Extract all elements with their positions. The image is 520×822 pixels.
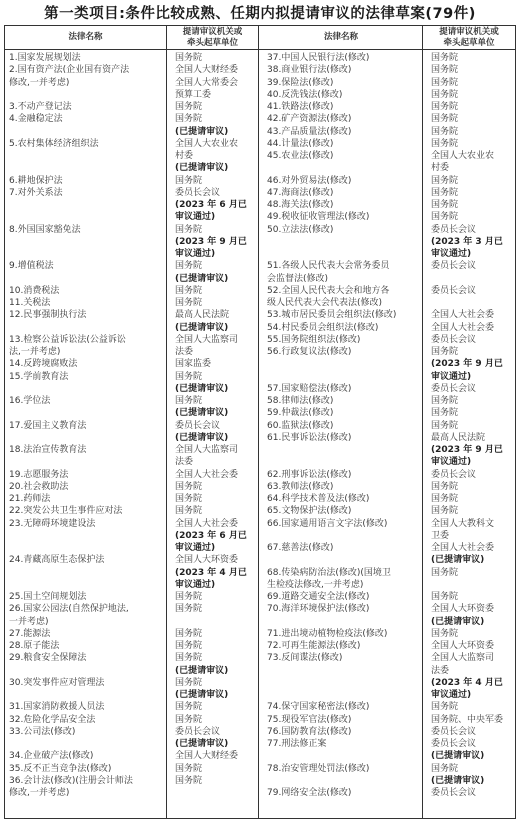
review-status: (2023 年 6 月已 审议通过) <box>175 199 247 224</box>
law-name: 6.耕地保护法 <box>9 175 63 187</box>
drafting-unit: 国务院 <box>431 420 458 432</box>
law-name: 58.律师法(修改) <box>267 395 333 407</box>
drafting-unit: 国务院 <box>431 763 458 775</box>
law-name: 59.仲裁法(修改) <box>267 407 333 419</box>
drafting-unit: 委员长会议 <box>431 334 476 346</box>
law-name: 63.教师法(修改) <box>267 481 333 493</box>
drafting-unit: 国务院 <box>431 505 458 517</box>
law-name: 15.学前教育法 <box>9 371 68 383</box>
drafting-unit: 全国人大农业农 村委 <box>175 138 238 163</box>
drafting-unit: 国务院 <box>175 224 202 236</box>
drafting-unit: 全国人大社会委 <box>175 518 238 530</box>
header-unit-line1: 提请审议机关或 <box>439 27 499 38</box>
law-name: 47.海商法(修改) <box>267 187 333 199</box>
drafting-unit: 最高人民法院 <box>175 309 229 321</box>
drafting-unit: 委员长会议 <box>431 224 476 236</box>
header-unit-right: 提请审议机关或 牵头起草单位 <box>423 26 515 49</box>
review-status: (已提请审议) <box>431 750 484 762</box>
header-unit-line1: 提请审议机关或 <box>183 27 243 38</box>
law-name: 3.不动产登记法 <box>9 101 72 113</box>
page-title: 第一类项目:条件比较成熟、任期内拟提请审议的法律草案(79件) <box>0 2 520 23</box>
law-name: 9.增值税法 <box>9 260 54 272</box>
law-name: 67.慈善法(修改) <box>267 542 333 554</box>
drafting-unit: 全国人大监察司 法委 <box>175 444 238 469</box>
law-name: 41.铁路法(修改) <box>267 101 333 113</box>
law-name: 35.反不正当竞争法(修改) <box>9 763 111 775</box>
law-name: 53.城市居民委员会组织法(修改) <box>267 309 396 321</box>
law-name: 55.国务院组织法(修改) <box>267 334 360 346</box>
drafting-unit: 国务院 <box>431 64 458 76</box>
drafting-unit: 国务院 <box>175 395 202 407</box>
drafting-unit: 国务院 <box>175 481 202 493</box>
law-name: 79.网络安全法(修改) <box>267 787 351 799</box>
review-status: (已提请审议) <box>175 126 228 138</box>
drafting-unit: 国务院 <box>431 591 458 603</box>
law-name: 36.会计法(修改)(注册会计师法 修改,一并考虑) <box>9 775 133 800</box>
law-name: 34.企业破产法(修改) <box>9 750 93 762</box>
review-status: (已提请审议) <box>431 616 484 628</box>
review-status: (已提请审议) <box>431 775 484 787</box>
column-divider <box>166 26 167 818</box>
law-name: 49.税收征收管理法(修改) <box>267 211 369 223</box>
drafting-unit: 全国人大教科文 卫委 <box>431 518 494 543</box>
drafting-unit: 全国人大社会委 <box>431 309 494 321</box>
law-name: 31.国家消防救援人员法 <box>9 701 104 713</box>
law-name: 75.现役军官法(修改) <box>267 714 351 726</box>
review-status: (已提请审议) <box>175 432 228 444</box>
drafting-unit: 国务院 <box>431 187 458 199</box>
drafting-unit: 国务院、中央军委 <box>431 714 503 726</box>
law-name: 33.公司法(修改) <box>9 726 75 738</box>
law-name: 14.反跨境腐败法 <box>9 358 77 370</box>
law-name: 76.国防教育法(修改) <box>267 726 351 738</box>
drafting-unit: 国务院 <box>431 211 458 223</box>
drafting-unit: 国务院 <box>431 175 458 187</box>
drafting-unit: 国务院 <box>175 285 202 297</box>
law-name: 72.可再生能源法(修改) <box>267 640 360 652</box>
drafting-unit: 国务院 <box>175 113 202 125</box>
review-status: (已提请审议) <box>175 273 228 285</box>
law-name: 46.对外贸易法(修改) <box>267 175 351 187</box>
law-name: 30.突发事件应对管理法 <box>9 677 104 689</box>
drafting-unit: 国务院 <box>175 260 202 272</box>
drafting-unit: 最高人民法院 <box>431 432 485 444</box>
review-status: (2023 年 4 月已 审议通过) <box>175 567 247 592</box>
review-status: (已提请审议) <box>431 554 484 566</box>
law-name: 70.海洋环境保护法(修改) <box>267 603 369 615</box>
drafting-unit: 国务院 <box>175 701 202 713</box>
drafting-unit: 委员长会议 <box>431 469 476 481</box>
law-name: 61.民事诉讼法(修改) <box>267 432 351 444</box>
drafting-unit: 委员长会议 <box>175 726 220 738</box>
drafting-unit: 全国人大环资委 <box>175 554 238 566</box>
review-status: (已提请审议) <box>175 738 228 750</box>
drafting-unit: 国务院 <box>431 89 458 101</box>
law-name: 26.国家公园法(自然保护地法, 一并考虑) <box>9 603 129 628</box>
drafting-unit: 国务院 <box>431 113 458 125</box>
drafting-unit: 国务院 <box>431 199 458 211</box>
law-name: 60.监狱法(修改) <box>267 420 333 432</box>
drafting-unit: 国务院 <box>175 371 202 383</box>
law-name: 12.民事强制执行法 <box>9 309 86 321</box>
law-name: 45.农业法(修改) <box>267 150 333 162</box>
law-name: 1.国家发展规划法 <box>9 52 81 64</box>
drafting-unit: 全国人大监察司 法委 <box>175 334 238 359</box>
header-unit-line2: 牵头起草单位 <box>187 38 238 49</box>
drafting-unit: 全国人大财经委 <box>175 750 238 762</box>
drafting-unit: 全国人大环资委 <box>431 640 494 652</box>
law-name: 25.国土空间规划法 <box>9 591 86 603</box>
header-law-name-left: 法律名称 <box>5 26 166 49</box>
law-name: 48.海关法(修改) <box>267 199 333 211</box>
review-status: (已提请审议) <box>175 322 228 334</box>
drafting-unit: 国务院 <box>175 640 202 652</box>
drafting-unit: 国务院 <box>175 175 202 187</box>
drafting-unit: 国务院 <box>175 603 202 615</box>
header-divider <box>5 49 515 50</box>
drafting-unit: 国务院 <box>431 101 458 113</box>
law-name: 74.保守国家秘密法(修改) <box>267 701 369 713</box>
review-status: (已提请审议) <box>175 665 228 677</box>
law-name: 52.全国人民代表大会和地方各 级人民代表大会代表法(修改) <box>267 285 389 310</box>
law-name: 24.青藏高原生态保护法 <box>9 554 104 566</box>
review-status: (2023 年 9 月已 审议通过) <box>431 358 503 383</box>
law-name: 28.原子能法 <box>9 640 59 652</box>
drafting-unit: 国家监委 <box>175 358 211 370</box>
law-name: 77.刑法修正案 <box>267 738 326 750</box>
drafting-unit: 国务院 <box>431 52 458 64</box>
law-name: 23.无障碍环境建设法 <box>9 518 95 530</box>
law-name: 51.各级人民代表大会常务委员 会监督法(修改) <box>267 260 389 285</box>
drafting-unit: 国务院 <box>175 493 202 505</box>
law-name: 4.金融稳定法 <box>9 113 63 125</box>
law-name: 50.立法法(修改) <box>267 224 333 236</box>
drafting-unit: 国务院 <box>175 628 202 640</box>
law-name: 21.药师法 <box>9 493 50 505</box>
law-name: 62.刑事诉讼法(修改) <box>267 469 351 481</box>
review-status: (2023 年 6 月已 审议通过) <box>175 530 247 555</box>
law-name: 56.行政复议法(修改) <box>267 346 351 358</box>
drafting-unit: 国务院 <box>431 407 458 419</box>
law-name: 8.外国国家豁免法 <box>9 224 81 236</box>
law-name: 16.学位法 <box>9 395 50 407</box>
law-name: 7.对外关系法 <box>9 187 63 199</box>
drafting-unit: 委员长会议 <box>431 383 476 395</box>
law-name: 57.国家赔偿法(修改) <box>267 383 351 395</box>
law-name: 10.消费税法 <box>9 285 59 297</box>
law-name: 32.危险化学品安全法 <box>9 714 95 726</box>
header-unit-line2: 牵头起草单位 <box>443 38 494 49</box>
drafting-unit: 国务院 <box>175 52 202 64</box>
drafting-unit: 委员长会议 <box>175 187 220 199</box>
law-name: 20.社会救助法 <box>9 481 68 493</box>
review-status: (2023 年 9 月已 审议通过) <box>431 444 503 469</box>
drafting-unit: 委员长会议 <box>431 260 476 272</box>
drafting-unit: 国务院 <box>431 481 458 493</box>
law-name: 40.反洗钱法(修改) <box>267 89 342 101</box>
drafting-unit: 全国人大社会委 <box>175 469 238 481</box>
law-name: 39.保险法(修改) <box>267 77 333 89</box>
law-name: 68.传染病防治法(修改)(国境卫 生检疫法修改,一并考虑) <box>267 567 391 592</box>
law-name: 37.中国人民银行法(修改) <box>267 52 369 64</box>
law-name: 27.能源法 <box>9 628 50 640</box>
law-name: 64.科学技术普及法(修改) <box>267 493 369 505</box>
drafting-unit: 国务院 <box>431 493 458 505</box>
law-name: 2.国有资产法(企业国有资产法 修改,一并考虑) <box>9 64 129 89</box>
drafting-unit: 全国人大财经委 全国人大常委会 预算工委 <box>175 64 238 101</box>
law-name: 44.计量法(修改) <box>267 138 333 150</box>
drafting-unit: 全国人大农业农 村委 <box>431 150 494 175</box>
header-unit-left: 提请审议机关或 牵头起草单位 <box>167 26 258 49</box>
law-name: 65.文物保护法(修改) <box>267 505 351 517</box>
drafting-unit: 委员长会议 <box>431 285 476 297</box>
drafting-unit: 国务院 <box>175 652 202 664</box>
drafting-unit: 委员长会议 <box>175 420 220 432</box>
drafting-unit: 委员长会议 <box>431 738 476 750</box>
drafting-unit: 全国人大社会委 <box>431 322 494 334</box>
law-name: 66.国家通用语言文字法(修改) <box>267 518 387 530</box>
law-name: 18.法治宣传教育法 <box>9 444 86 456</box>
review-status: (已提请审议) <box>175 689 228 701</box>
drafting-unit: 国务院 <box>431 126 458 138</box>
law-name: 29.粮食安全保障法 <box>9 652 86 664</box>
column-divider <box>258 26 259 818</box>
column-divider <box>422 26 423 818</box>
drafting-unit: 国务院 <box>431 701 458 713</box>
drafting-unit: 国务院 <box>175 763 202 775</box>
law-name: 43.产品质量法(修改) <box>267 126 351 138</box>
law-name: 71.进出境动植物检疫法(修改) <box>267 628 387 640</box>
review-status: (已提请审议) <box>175 383 228 395</box>
header-law-name-right: 法律名称 <box>260 26 422 49</box>
drafting-unit: 国务院 <box>431 138 458 150</box>
law-name: 38.商业银行法(修改) <box>267 64 351 76</box>
drafting-unit: 全国人大社会委 <box>431 542 494 554</box>
law-name: 13.检察公益诉讼法(公益诉讼 法,一并考虑) <box>9 334 126 359</box>
drafting-unit: 全国人大监察司 法委 <box>431 652 494 677</box>
drafting-unit: 国务院 <box>175 101 202 113</box>
drafting-unit: 国务院 <box>431 628 458 640</box>
drafting-unit: 国务院 <box>431 77 458 89</box>
law-name: 19.志愿服务法 <box>9 469 68 481</box>
law-name: 5.农村集体经济组织法 <box>9 138 99 150</box>
review-status: (已提请审议) <box>175 162 228 174</box>
review-status: (2023 年 3 月已 审议通过) <box>431 236 503 261</box>
law-name: 22.突发公共卫生事件应对法 <box>9 505 122 517</box>
drafting-unit: 国务院 <box>175 297 202 309</box>
drafting-unit: 国务院 <box>175 677 202 689</box>
drafting-unit: 国务院 <box>431 346 458 358</box>
drafting-unit: 国务院 <box>431 395 458 407</box>
review-status: (已提请审议) <box>175 407 228 419</box>
drafting-unit: 委员长会议 <box>431 726 476 738</box>
law-table: 法律名称 提请审议机关或 牵头起草单位 法律名称 提请审议机关或 牵头起草单位 … <box>4 25 516 819</box>
drafting-unit: 全国人大环资委 <box>431 603 494 615</box>
drafting-unit: 委员长会议 <box>431 787 476 799</box>
law-name: 69.道路交通安全法(修改) <box>267 591 369 603</box>
law-name: 54.村民委员会组织法(修改) <box>267 322 378 334</box>
law-name: 17.爱国主义教育法 <box>9 420 86 432</box>
law-name: 11.关税法 <box>9 297 50 309</box>
drafting-unit: 国务院 <box>175 775 202 787</box>
drafting-unit: 国务院 <box>431 567 458 579</box>
drafting-unit: 国务院 <box>175 714 202 726</box>
review-status: (2023 年 4 月已 审议通过) <box>431 677 503 702</box>
law-name: 78.治安管理处罚法(修改) <box>267 763 369 775</box>
drafting-unit: 国务院 <box>175 505 202 517</box>
law-name: 73.反间谍法(修改) <box>267 652 342 664</box>
law-name: 42.矿产资源法(修改) <box>267 113 351 125</box>
review-status: (2023 年 9 月已 审议通过) <box>175 236 247 261</box>
drafting-unit: 国务院 <box>175 591 202 603</box>
